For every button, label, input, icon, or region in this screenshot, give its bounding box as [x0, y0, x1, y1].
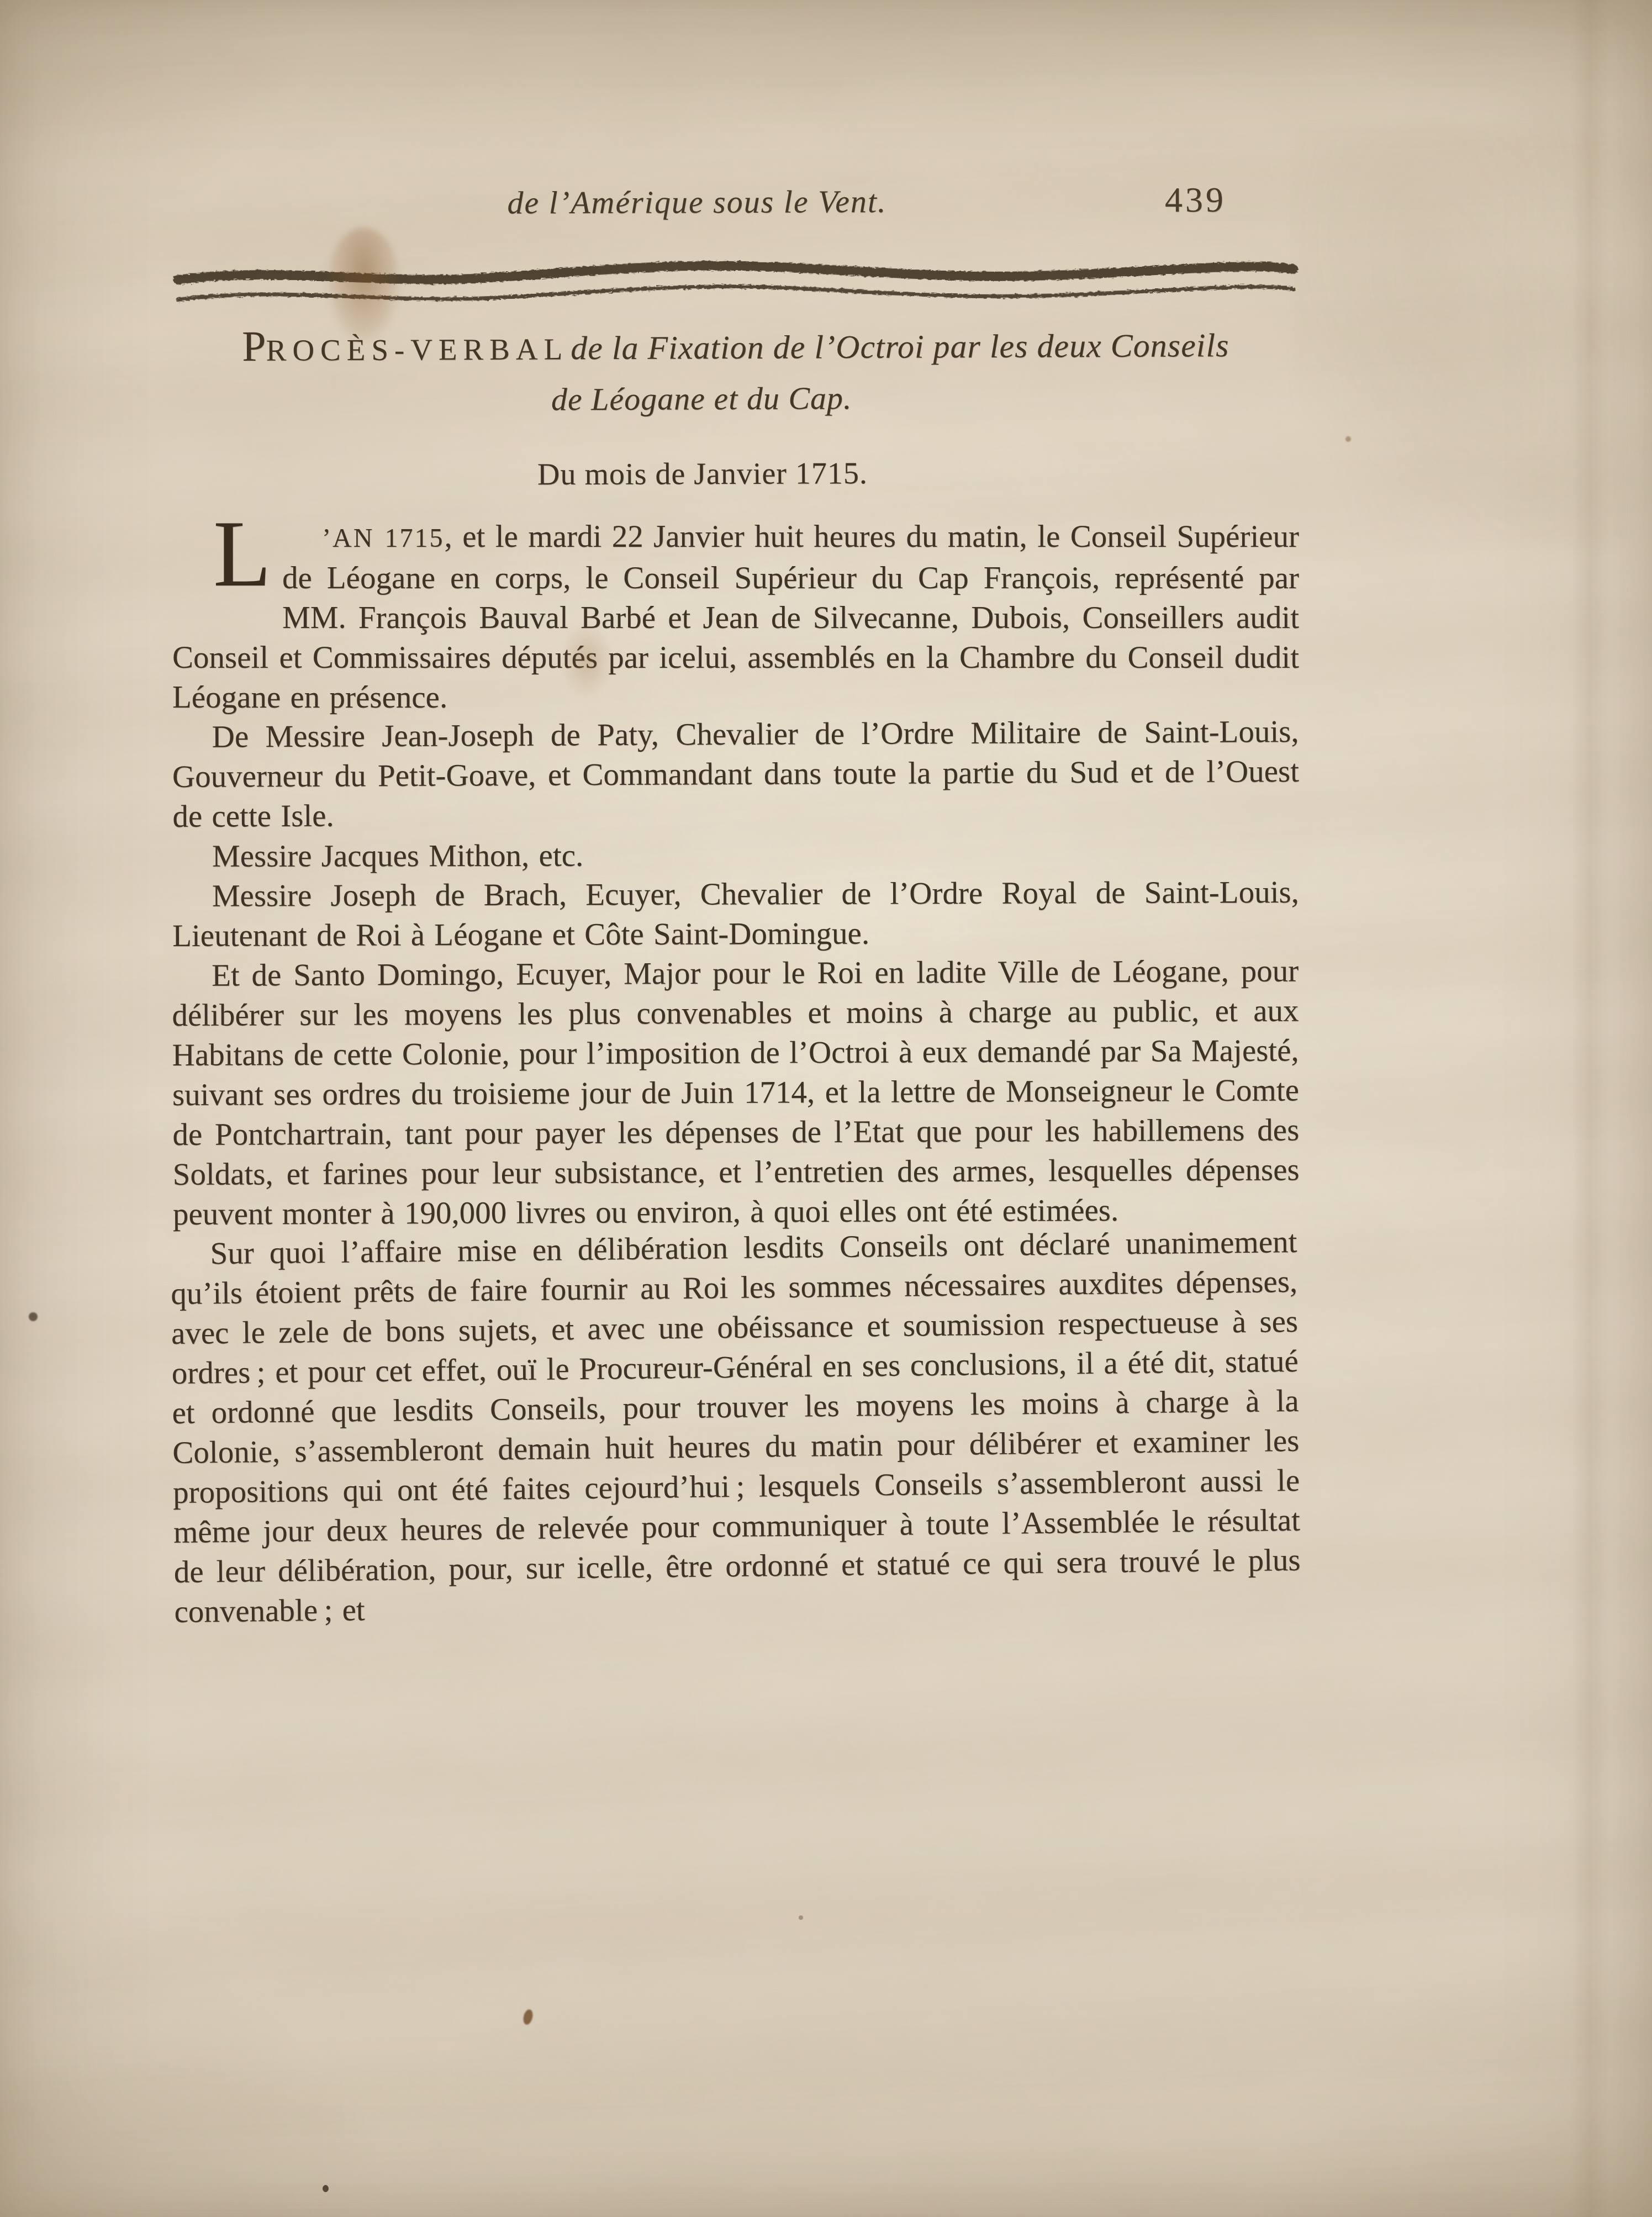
paper-speck	[29, 1312, 38, 1321]
ink-showthrough-ghost	[1292, 127, 1624, 547]
double-rule-svg	[172, 246, 1299, 320]
dateline: Du mois de Janvier 1715.	[537, 456, 868, 492]
drop-cap-letter: L	[173, 521, 271, 601]
paragraph: Et de Santo Domingo, Ecuyer, Major pour …	[172, 951, 1300, 1234]
scanned-book-page: de l’Amérique sous le Vent. 439 PROCÈS-V…	[0, 0, 1652, 2217]
dateline-row: Du mois de Janvier 1715.	[172, 454, 1299, 493]
section-title-line1: PROCÈS-VERBAL de la Fixation de l’Octroi…	[172, 317, 1299, 372]
page-number: 439	[1165, 180, 1226, 220]
paragraph: Messire Jacques Mithon, etc.	[172, 835, 1299, 877]
paragraph: Sur quoi l’affaire mise en délibération …	[170, 1222, 1301, 1632]
paragraph: Messire Joseph de Brach, Ecuyer, Chevali…	[172, 873, 1299, 956]
page-header: de l’Amérique sous le Vent. 439	[172, 181, 1299, 235]
title-caps-text: ROCÈS-VERBAL	[266, 332, 568, 367]
opening-lead-smallcaps: ’AN 1715	[322, 524, 444, 553]
title-initial-letter: P	[242, 322, 266, 370]
double-rule-ornament	[172, 246, 1299, 320]
section-title-line2: de Léogane et du Cap.	[138, 378, 1265, 420]
paper-speck	[323, 2185, 329, 2192]
paper-crease	[1571, 0, 1609, 2217]
paragraph: De Messire Jean-Joseph de Paty, Chevalie…	[172, 712, 1299, 837]
section-title: PROCÈS-VERBAL de la Fixation de l’Octroi…	[172, 317, 1300, 420]
paper-speck	[522, 2008, 534, 2025]
document-body: L’AN 1715, et le mardi 22 Janvier huit h…	[172, 517, 1299, 1632]
paper-speck	[1345, 436, 1351, 442]
paper-speck	[799, 1915, 803, 1920]
paragraph-opening: L’AN 1715, et le mardi 22 Janvier huit h…	[172, 517, 1299, 717]
title-italic-text: de la Fixation de l’Octroi par les deux …	[571, 327, 1229, 366]
running-title: de l’Amérique sous le Vent.	[507, 183, 886, 221]
